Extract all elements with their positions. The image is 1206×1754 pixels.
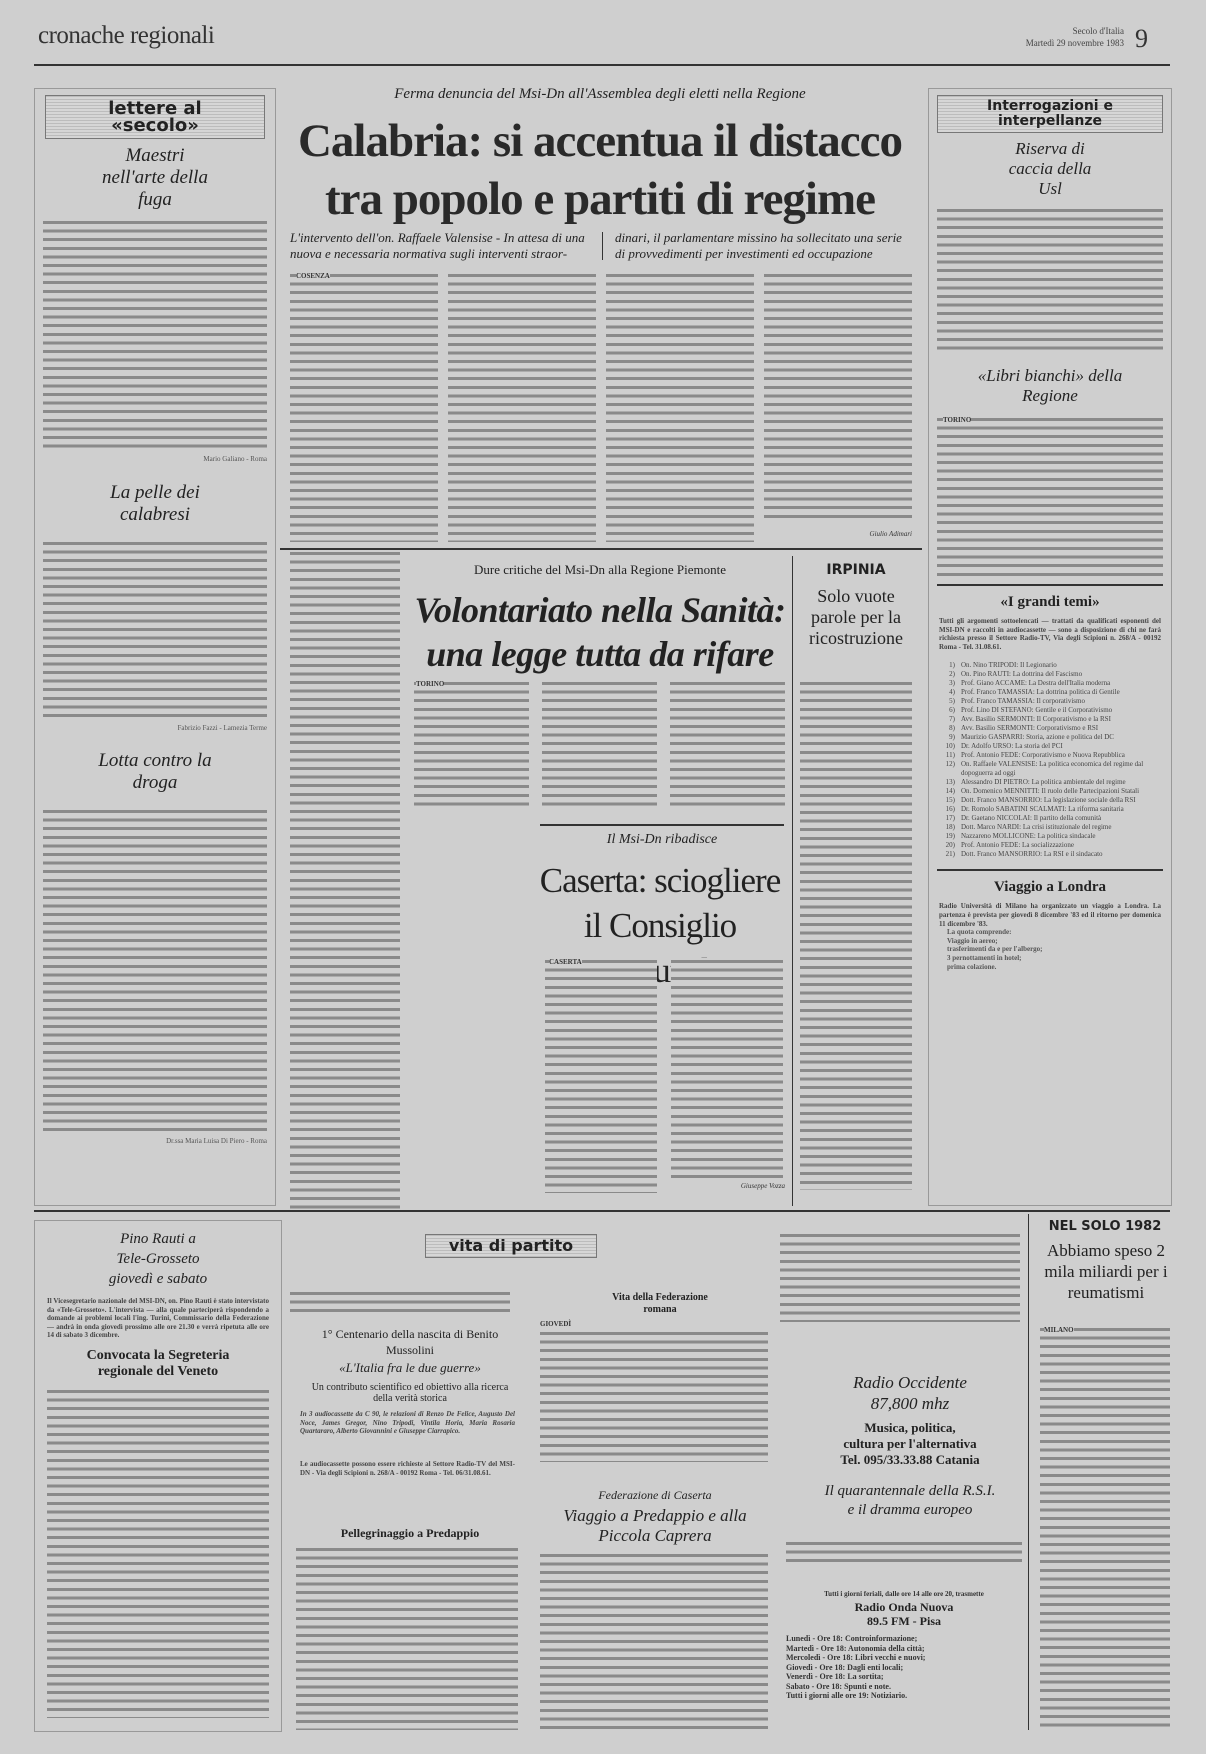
text-line: trasferimenti da e per l'albergo; [947, 945, 1161, 954]
londra-title: Viaggio a Londra [929, 879, 1171, 896]
letter-title: La pelle dei calabresi [95, 482, 215, 526]
grandi-temi-item: 3)Prof. Giano ACCAME: La Destra dell'Ita… [939, 679, 1161, 688]
interrogazione-title: Riserva di caccia della Usl [999, 139, 1101, 199]
radio-intro-body [780, 1232, 1020, 1322]
piemonte-dateline: TORINO [416, 680, 444, 689]
caserta-fed-title: Viaggio a Predappio e alla Piccola Capre… [550, 1506, 760, 1546]
grandi-temi-item: 2)On. Pino RAUTI: La dottrina del Fascis… [939, 670, 1161, 679]
deck-divider [602, 232, 603, 260]
grandi-temi-item: 18)Dott. Marco NARDI: La crisi istituzio… [939, 823, 1161, 832]
reumatismi-label: NEL SOLO 1982 [1042, 1218, 1168, 1235]
reumatismi-body: MILANO [1040, 1326, 1170, 1730]
caserta-fed-kicker: Federazione di Caserta [560, 1488, 750, 1503]
irpinia-body [800, 680, 912, 1190]
radio-occidente-title: Radio Occidente 87,800 mhz [830, 1372, 990, 1414]
piemonte-kicker: Dure critiche del Msi-Dn alla Regione Pi… [440, 562, 760, 578]
irpinia-headline: Solo vuote parole per la ricostruzione [800, 586, 912, 649]
text-line: Martedì - Ore 18: Autonomia della città; [786, 1644, 1022, 1654]
centenario-body: In 3 audiocassette da C 90, le relazioni… [300, 1410, 515, 1436]
main-signature: Giulio Adimari [870, 530, 912, 539]
reumatismi-headline: Abbiamo speso 2 mila miliardi per i reum… [1040, 1240, 1172, 1303]
page-number: 9 [1135, 24, 1148, 54]
grandi-temi-list: 1)On. Nino TRIPODI: Il Legionario2)On. P… [939, 661, 1161, 859]
main-deck-left: L'intervento dell'on. Raffaele Valensise… [290, 230, 590, 262]
text-line: 3 pernottamenti in hotel; [947, 954, 1161, 963]
irpinia-divider [792, 556, 793, 1206]
onda-nuova-intro: Tutti i giorni feriali, dalle ore 14 all… [786, 1590, 1022, 1599]
federazione-romana-title: Vita della Federazione romana [600, 1292, 720, 1316]
centenario-contact: Le audiocassette possono essere richiest… [300, 1460, 515, 1477]
text-line: Sabato - Ore 18: Spunti e note. [786, 1682, 1022, 1692]
predappio-title: Pellegrinaggio a Predappio [300, 1526, 520, 1541]
rauti-body: Il Vicesegretario nazionale del MSI-DN, … [47, 1297, 269, 1340]
text-line: Lunedì - Ore 18: Controinformazione; [786, 1634, 1022, 1644]
caserta-kicker: Il Msi-Dn ribadisce [540, 832, 784, 848]
vita-di-partito-banner: vita di partito [425, 1234, 597, 1258]
caserta-fed-body [540, 1552, 768, 1730]
federazione-romana-day: GIOVEDÌ [540, 1320, 571, 1329]
grandi-temi-item: 19)Nazzareno MOLLICONE: La politica sind… [939, 832, 1161, 841]
interrogazioni-banner: Interrogazioni e interpellanze [937, 95, 1163, 133]
centenario-subtitle: Un contributo scientifico ed obiettivo a… [305, 1382, 515, 1404]
grandi-temi-item: 10)Dr. Adolfo URSO: La storia del PCI [939, 742, 1161, 751]
text-line: cultura per l'alternativa [790, 1436, 1030, 1452]
reumatismi-divider [1028, 1214, 1029, 1730]
main-body: COSENZA Giulio Adimari [290, 272, 912, 542]
text-line: Musica, politica, [790, 1420, 1030, 1436]
veneto-title: Convocata la Segreteria regionale del Ve… [65, 1348, 251, 1380]
text-line: Venerdì - Ore 18: La sortita; [786, 1672, 1022, 1682]
veneto-body [47, 1388, 269, 1718]
piemonte-headline: Volontariato nella Sanità: una legge tut… [405, 588, 795, 676]
grandi-temi-item: 4)Prof. Franco TAMASSIA: La dottrina pol… [939, 688, 1161, 697]
grandi-temi-item: 12)On. Raffaele VALENSISE: La politica e… [939, 760, 1161, 778]
grandi-temi-item: 1)On. Nino TRIPODI: Il Legionario [939, 661, 1161, 670]
londra-body: Radio Università di Milano ha organizzat… [939, 902, 1161, 928]
interrogazione-body [937, 416, 1163, 576]
text-line: La quota comprende: [947, 928, 1161, 937]
text-line: Viaggio in aereo; [947, 937, 1161, 946]
predappio-body [296, 1546, 518, 1730]
letter-body [43, 808, 267, 1133]
grandi-temi-item: 7)Avv. Basilio SERMONTI: Il Corporativis… [939, 715, 1161, 724]
text-line: Tutti i giorni alle ore 19: Notiziario. [786, 1691, 1022, 1701]
section-title: cronache regionali [38, 22, 214, 50]
text-line: prima colazione. [947, 963, 1161, 972]
main-dateline: COSENZA [296, 272, 330, 281]
grandi-temi-item: 15)Dott. Franco MANSORRIO: La legislazio… [939, 796, 1161, 805]
letters-banner: lettere al «secolo» [45, 95, 265, 139]
letter-body [43, 540, 267, 720]
text-line: Tel. 095/33.33.88 Catania [790, 1452, 1030, 1468]
grandi-temi-item: 21)Dott. Franco MANSORRIO: La RSI e il s… [939, 850, 1161, 859]
letter-signature: Dr.ssa Maria Luisa Di Piero - Roma [43, 1137, 267, 1146]
rsi-title: Il quarantennale della R.S.I. e il dramm… [820, 1482, 1000, 1520]
paper-name: Secolo d'Italia [1073, 26, 1124, 36]
centenario-title: «L'Italia fra le due guerre» [300, 1360, 520, 1376]
centenario-kicker: 1° Centenario della nascita di Benito Mu… [310, 1326, 510, 1358]
onda-nuova-frequency: 89.5 FM - Pisa [786, 1614, 1022, 1629]
interrogazioni-column: Interrogazioni e interpellanze Riserva d… [928, 88, 1172, 1206]
radio-occidente-lines: Musica, politica,cultura per l'alternati… [790, 1420, 1030, 1468]
onda-nuova-schedule: Lunedì - Ore 18: Controinformazione;Mart… [786, 1634, 1022, 1701]
bottom-rule [34, 1210, 1170, 1212]
rauti-box: Pino Rauti a Tele-Grosseto giovedì e sab… [34, 1220, 282, 1732]
text-line: Mercoledì - Ore 18: Libri vecchi e nuovi… [786, 1653, 1022, 1663]
rauti-title: Pino Rauti a Tele-Grosseto giovedì e sab… [105, 1229, 211, 1289]
letter-signature: Mario Galiano - Roma [43, 455, 267, 464]
grandi-temi-item: 6)Prof. Lino DI STEFANO: Gentile e il Co… [939, 706, 1161, 715]
grandi-temi-title: «I grandi temi» [929, 594, 1171, 611]
grandi-temi-item: 20)Prof. Antonio FEDE: La socializzazion… [939, 841, 1161, 850]
grandi-temi-item: 11)Prof. Antonio FEDE: Corporativismo e … [939, 751, 1161, 760]
piemonte-body: TORINO [290, 680, 785, 810]
main-deck-right: dinari, il parlamentare missino ha solle… [615, 230, 915, 262]
caserta-rule [540, 824, 784, 826]
interrogazione-body [937, 207, 1163, 352]
londra-lines: La quota comprende:Viaggio in aereo;tras… [947, 928, 1161, 971]
grandi-temi-item: 16)Dr. Romolo SABATINI SCALMATI: La rifo… [939, 805, 1161, 814]
issue-date: Martedì 29 novembre 1983 [1026, 38, 1124, 48]
text-line: Giovedì - Ore 18: Dagli enti locali; [786, 1663, 1022, 1673]
irpinia-label: IRPINIA [800, 562, 912, 578]
grandi-temi-item: 17)Dr. Gaetano NICCOLAI: Il partito dell… [939, 814, 1161, 823]
grandi-temi-item: 8)Avv. Basilio SERMONTI: Corporativismo … [939, 724, 1161, 733]
letter-signature: Fabrizio Fazzi - Lamezia Terme [43, 724, 267, 733]
grandi-temi-intro: Tutti gli argomenti sottoelencati — trat… [939, 617, 1161, 651]
main-headline: Calabria: si accentua il distacco tra po… [285, 112, 915, 228]
grandi-temi-item: 5)Prof. Franco TAMASSIA: Il corporativis… [939, 697, 1161, 706]
cagliari-note [290, 1290, 510, 1316]
interrogazione-title: «Libri bianchi» della Regione [969, 366, 1131, 406]
caserta-body: CASERTA Giuseppe Vozza [545, 958, 785, 1193]
reumatismi-dateline: MILANO [1044, 1326, 1074, 1335]
letters-column: lettere al «secolo» Maestri nell'arte de… [34, 88, 276, 1206]
interrogazione-dateline: TORINO [943, 416, 971, 425]
letter-title: Maestri nell'arte della fuga [95, 145, 215, 211]
grandi-temi-item: 14)On. Domenico MENNITTI: Il ruolo delle… [939, 787, 1161, 796]
letter-title: Lotta contro la droga [85, 750, 225, 794]
caserta-dateline: CASERTA [549, 958, 582, 967]
federazione-romana-body [540, 1330, 768, 1462]
grandi-temi-item: 13)Alessandro DI PIETRO: La politica amb… [939, 778, 1161, 787]
onda-nuova-title: Radio Onda Nuova [786, 1600, 1022, 1615]
masthead-rule [34, 64, 1170, 66]
main-kicker: Ferma denuncia del Msi-Dn all'Assemblea … [290, 86, 910, 103]
letter-body [43, 219, 267, 451]
caserta-signature: Giuseppe Vozza [741, 1182, 785, 1191]
grandi-temi-item: 9)Maurizio GASPARRI: Storia, azione e po… [939, 733, 1161, 742]
rsi-body [786, 1540, 1022, 1566]
